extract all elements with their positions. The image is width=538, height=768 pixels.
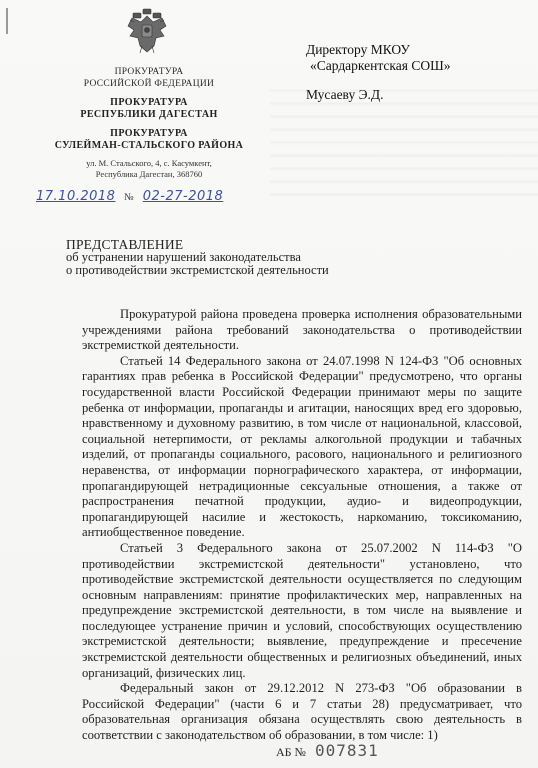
document-title: ПРЕДСТАВЛЕНИЕ об устранении нарушений за… [66,238,329,277]
header-line6: СУЛЕЙМАН-СТАЛЬСКОГО РАЙОНА [24,140,274,152]
paragraph-2: Статьей 14 Федерального закона от 24.07.… [82,354,522,541]
header-prosecutor-rd: ПРОКУРАТУРА РЕСПУБЛИКИ ДАГЕСТАН [24,97,274,121]
coat-of-arms-icon [126,8,168,54]
margin-mark [6,8,8,34]
addressee-name: Мусаеву Э.Д. [306,87,383,103]
header-line2: РОССИЙСКОЙ ФЕДЕРАЦИИ [24,78,274,90]
header-line5: ПРОКУРАТУРА [24,128,274,140]
registration-line: 17.10.2018 № 02-27-2018 [36,189,223,204]
header-prosecutor-rf: ПРОКУРАТУРА РОССИЙСКОЙ ФЕДЕРАЦИИ [24,66,274,90]
registration-date: 17.10.2018 [36,189,115,204]
paragraph-4: Федеральный закон от 29.12.2012 N 273-ФЗ… [82,681,522,743]
addressee-line1: Директору МКОУ [306,42,450,58]
addressee-position: Директору МКОУ «Сардаркентская СОШ» [306,42,450,74]
registration-number: 02-27-2018 [143,189,224,204]
header-line4: РЕСПУБЛИКИ ДАГЕСТАН [24,109,274,121]
serial-number: 007831 [315,741,379,760]
document-body: Прокуратурой района проведена проверка и… [82,307,522,744]
header-prosecutor-district: ПРОКУРАТУРА СУЛЕЙМАН-СТАЛЬСКОГО РАЙОНА [24,128,274,152]
title-line3: о противодействии экстремистской деятель… [66,264,329,277]
address-line2: Республика Дагестан, 368760 [24,169,274,180]
address-line1: ул. М. Стальского, 4, с. Касумкент, [24,158,274,169]
paragraph-1: Прокуратурой района проведена проверка и… [82,307,522,354]
form-serial-stamp: АБ № 007831 [276,741,379,760]
addressee-line2: «Сардаркентская СОШ» [306,58,450,74]
number-sign: № [124,192,134,203]
document-page: ПРОКУРАТУРА РОССИЙСКОЙ ФЕДЕРАЦИИ ПРОКУРА… [0,0,538,768]
serial-prefix: АБ № [276,745,306,759]
header-address: ул. М. Стальского, 4, с. Касумкент, Респ… [24,158,274,180]
header-line1: ПРОКУРАТУРА [24,66,274,78]
header-line3: ПРОКУРАТУРА [24,97,274,109]
paragraph-3: Статьей 3 Федерального закона от 25.07.2… [82,541,522,681]
